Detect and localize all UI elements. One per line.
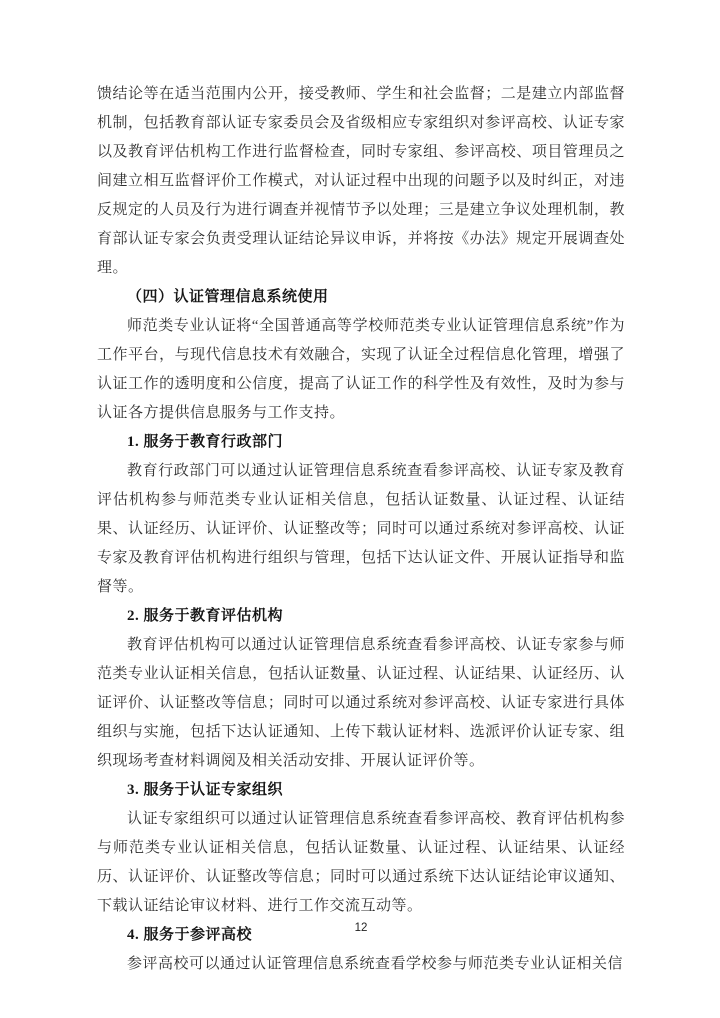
subheading-serve-education-admin: 1. 服务于教育行政部门	[97, 428, 625, 457]
section-heading-info-system-use: （四）认证管理信息系统使用	[97, 283, 625, 312]
paragraph-education-admin: 教育行政部门可以通过认证管理信息系统查看参评高校、认证专家及教育评估机构参与师范…	[97, 457, 625, 602]
page-number: 12	[97, 921, 625, 935]
page-text-column: 馈结论等在适当范围内公开，接受教师、学生和社会监督；二是建立内部监督机制，包括教…	[97, 80, 625, 979]
paragraph-expert-organization: 认证专家组织可以通过认证管理信息系统查看参评高校、教育评估机构参与师范类专业认证…	[97, 805, 625, 921]
subheading-serve-expert-organization: 3. 服务于认证专家组织	[97, 776, 625, 805]
document-page: 馈结论等在适当范围内公开，接受教师、学生和社会监督；二是建立内部监督机制，包括教…	[0, 0, 720, 1018]
paragraph-participating-universities: 参评高校可以通过认证管理信息系统查看学校参与师范类专业认证相关信	[97, 950, 625, 979]
paragraph-evaluation-agency: 教育评估机构可以通过认证管理信息系统查看参评高校、认证专家参与师范类专业认证相关…	[97, 631, 625, 776]
subheading-serve-evaluation-agency: 2. 服务于教育评估机构	[97, 602, 625, 631]
paragraph-continuation-supervision: 馈结论等在适当范围内公开，接受教师、学生和社会监督；二是建立内部监督机制，包括教…	[97, 80, 625, 283]
paragraph-info-system-platform: 师范类专业认证将“全国普通高等学校师范类专业认证管理信息系统”作为工作平台，与现…	[97, 312, 625, 428]
